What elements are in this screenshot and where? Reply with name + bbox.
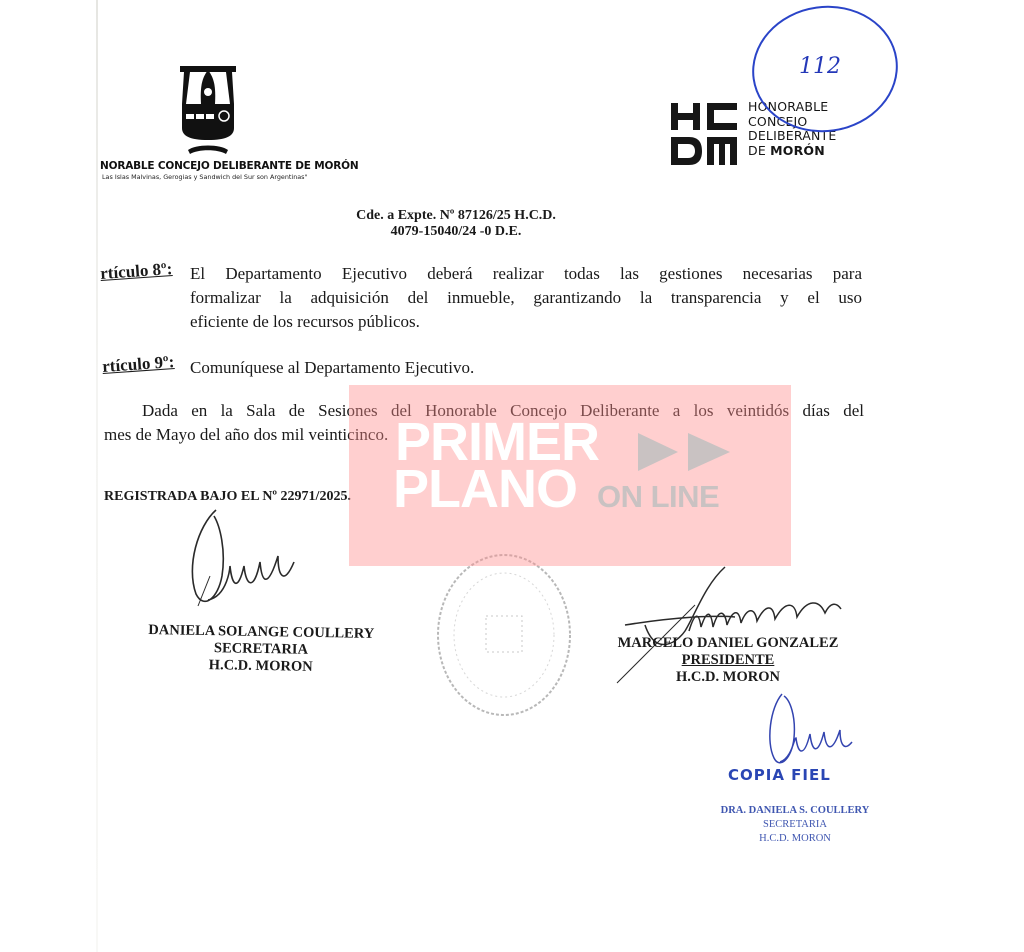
article-9-body: Comuníquese al Departamento Ejecutivo. — [190, 356, 474, 380]
president-role: PRESIDENTE — [603, 652, 853, 669]
page-edge — [96, 0, 98, 952]
certified-copy-label: COPIA FIEL — [728, 766, 831, 784]
secretary-signature — [168, 506, 308, 616]
reference-line-2: 4079-15040/24 -0 D.E. — [300, 224, 612, 240]
official-seal-icon — [434, 550, 574, 720]
certified-copy-role: SECRETARIA — [710, 818, 880, 832]
secretary-block: DANIELA SOLANGE COULLERY SECRETARIA H.C.… — [130, 622, 393, 678]
certified-copy-org: H.C.D. MORON — [710, 832, 880, 846]
file-reference: Cde. a Expte. Nº 87126/25 H.C.D. 4079-15… — [300, 208, 612, 240]
certified-copy-signature — [758, 692, 858, 770]
president-org: H.C.D. MORON — [603, 669, 853, 686]
registration-number: REGISTRADA BAJO EL Nº 22971/2025. — [104, 489, 351, 505]
fast-forward-icon — [636, 431, 732, 473]
article-8-body: El Departamento Ejecutivo deberá realiza… — [190, 262, 862, 334]
hcdm-line-4-bold: MORÓN — [770, 143, 825, 158]
article-9-label: rtículo 9º: — [103, 357, 175, 377]
article-8-line: eficiente de los recursos públicos. — [190, 310, 862, 334]
certified-copy-name: DRA. DANIELA S. COULLERY — [710, 804, 880, 818]
hcdm-line-4-prefix: DE — [748, 143, 770, 158]
hcdm-monogram-icon — [671, 103, 741, 167]
watermark-online: ON LINE — [597, 480, 719, 514]
president-block: MARCELO DANIEL GONZALEZ PRESIDENTE H.C.D… — [603, 635, 853, 686]
council-name: NORABLE CONCEJO DELIBERANTE DE MORÓN — [100, 160, 350, 172]
reference-line-1: Cde. a Expte. Nº 87126/25 H.C.D. — [300, 208, 612, 224]
council-motto: Las Islas Malvinas, Gerogias y Sandwich … — [102, 173, 352, 181]
article-9-label-text: rtículo 9º: — [102, 352, 175, 377]
article-8-label: rtículo 8º: — [101, 264, 173, 284]
municipal-crest-icon — [176, 64, 240, 160]
president-name: MARCELO DANIEL GONZALEZ — [603, 635, 853, 652]
certified-copy-block: DRA. DANIELA S. COULLERY SECRETARIA H.C.… — [710, 804, 880, 846]
article-8-label-text: rtículo 8º: — [100, 259, 173, 284]
secretary-org: H.C.D. MORON — [130, 656, 392, 678]
folio-number: 112 — [790, 54, 850, 79]
article-8-line: El Departamento Ejecutivo deberá realiza… — [190, 262, 862, 286]
watermark-plano: PLANO — [393, 466, 577, 512]
hcdm-line-4: DE MORÓN — [748, 144, 836, 159]
article-8-line: formalizar la adquisición del inmueble, … — [190, 286, 862, 310]
